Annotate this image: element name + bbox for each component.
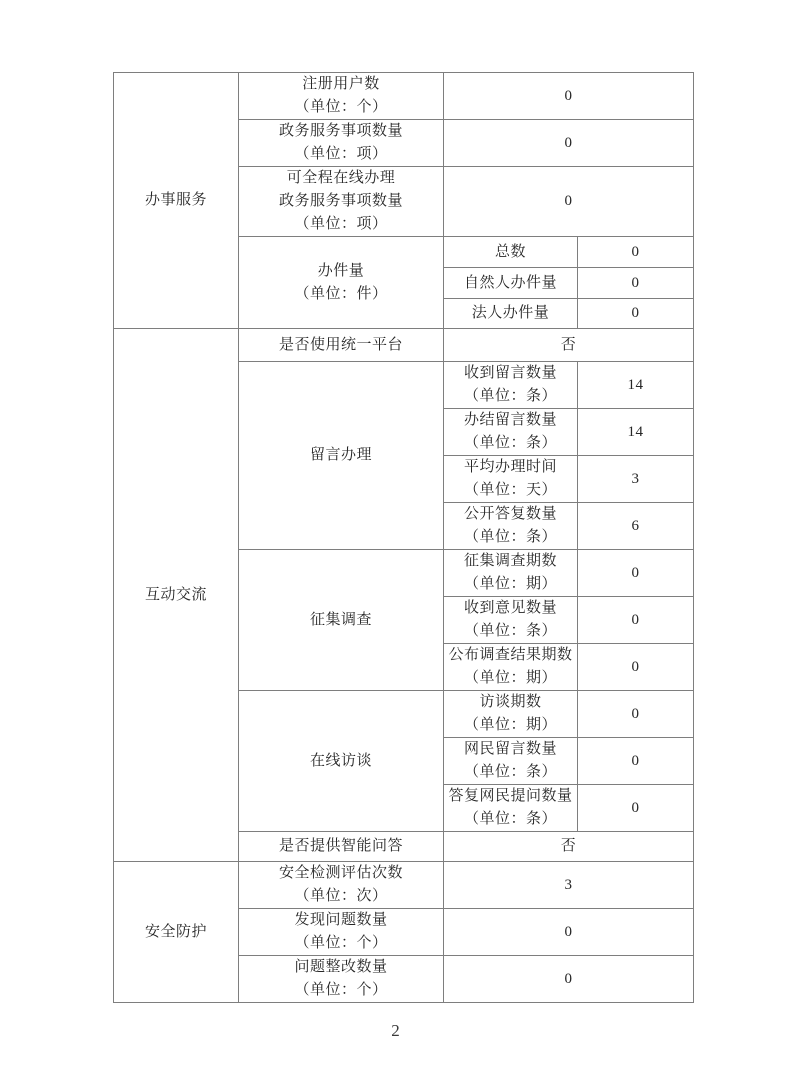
value-cell: 0: [578, 738, 694, 785]
submetric-cell: 公开答复数量 （单位：条）: [444, 503, 578, 550]
metric-unit: （单位：条）: [444, 385, 577, 408]
table-row: 互动交流 是否使用统一平台 否: [114, 329, 694, 362]
metric-cell: 发现问题数量 （单位：个）: [239, 909, 444, 956]
metric-unit: （单位：项）: [239, 213, 443, 236]
value-cell: 否: [444, 832, 694, 862]
value-cell: 6: [578, 503, 694, 550]
value-cell: 14: [578, 362, 694, 409]
group-cell-liuyanbanli: 留言办理: [239, 362, 444, 550]
submetric-cell: 平均办理时间 （单位：天）: [444, 456, 578, 503]
metric-cell: 是否使用统一平台: [239, 329, 444, 362]
value-cell: 14: [578, 409, 694, 456]
value-cell: 0: [444, 956, 694, 1003]
group-label: 在线访谈: [239, 750, 443, 773]
submetric-cell: 网民留言数量 （单位：条）: [444, 738, 578, 785]
metric-label: 网民留言数量: [444, 738, 577, 761]
metric-unit: （单位：个）: [239, 932, 443, 955]
section-label: 安全防护: [114, 921, 238, 944]
metric-label: 发现问题数量: [239, 909, 443, 932]
metric-label: 政务服务事项数量: [239, 190, 443, 213]
metric-label: 政务服务事项数量: [239, 120, 443, 143]
metric-cell: 注册用户数 （单位：个）: [239, 73, 444, 120]
annual-report-table: 办事服务 注册用户数 （单位：个） 0 政务服务事项数量 （单位：项） 0 可全…: [113, 72, 694, 1003]
metric-label: 公开答复数量: [444, 503, 577, 526]
metric-unit: （单位：期）: [444, 573, 577, 596]
metric-label: 公布调查结果期数: [444, 644, 577, 667]
submetric-cell: 征集调查期数 （单位：期）: [444, 550, 578, 597]
metric-unit: （单位：条）: [444, 761, 577, 784]
value-cell: 3: [578, 456, 694, 503]
submetric-cell: 办结留言数量 （单位：条）: [444, 409, 578, 456]
metric-unit: （单位：条）: [444, 620, 577, 643]
metric-cell: 问题整改数量 （单位：个）: [239, 956, 444, 1003]
metric-unit: （单位：天）: [444, 479, 577, 502]
metric-unit: （单位：项）: [239, 143, 443, 166]
submetric-cell: 自然人办件量: [444, 268, 578, 299]
section-cell-hudongjiaoliu: 互动交流: [114, 329, 239, 862]
group-label: 办件量: [239, 260, 443, 283]
value-cell: 0: [578, 691, 694, 738]
metric-cell: 可全程在线办理 政务服务事项数量 （单位：项）: [239, 167, 444, 237]
value-cell: 0: [444, 909, 694, 956]
group-unit: （单位：件）: [239, 283, 443, 306]
value-cell: 否: [444, 329, 694, 362]
metric-unit: （单位：期）: [444, 667, 577, 690]
section-label: 办事服务: [114, 189, 238, 212]
metric-label: 收到意见数量: [444, 597, 577, 620]
metric-unit: （单位：次）: [239, 885, 443, 908]
table-row: 办事服务 注册用户数 （单位：个） 0: [114, 73, 694, 120]
value-cell: 0: [578, 268, 694, 299]
metric-label: 办结留言数量: [444, 409, 577, 432]
metric-label: 访谈期数: [444, 691, 577, 714]
metric-label: 平均办理时间: [444, 456, 577, 479]
metric-label: 答复网民提问数量: [444, 785, 577, 808]
metric-unit: （单位：个）: [239, 96, 443, 119]
submetric-cell: 访谈期数 （单位：期）: [444, 691, 578, 738]
group-cell-zhengjidiaocha: 征集调查: [239, 550, 444, 691]
value-cell: 0: [444, 120, 694, 167]
value-cell: 0: [578, 299, 694, 329]
value-cell: 0: [444, 167, 694, 237]
value-cell: 3: [444, 862, 694, 909]
submetric-cell: 答复网民提问数量 （单位：条）: [444, 785, 578, 832]
value-cell: 0: [578, 785, 694, 832]
metric-cell: 安全检测评估次数 （单位：次）: [239, 862, 444, 909]
group-label: 留言办理: [239, 444, 443, 467]
value-cell: 0: [444, 73, 694, 120]
metric-label: 问题整改数量: [239, 956, 443, 979]
value-cell: 0: [578, 597, 694, 644]
metric-cell: 是否提供智能问答: [239, 832, 444, 862]
submetric-cell: 收到意见数量 （单位：条）: [444, 597, 578, 644]
metric-label: 征集调查期数: [444, 550, 577, 573]
submetric-cell: 收到留言数量 （单位：条）: [444, 362, 578, 409]
metric-label: 注册用户数: [239, 73, 443, 96]
metric-unit: （单位：条）: [444, 808, 577, 831]
value-cell: 0: [578, 550, 694, 597]
submetric-cell: 总数: [444, 237, 578, 268]
table-row: 安全防护 安全检测评估次数 （单位：次） 3: [114, 862, 694, 909]
metric-cell: 政务服务事项数量 （单位：项）: [239, 120, 444, 167]
metric-unit: （单位：期）: [444, 714, 577, 737]
value-cell: 0: [578, 237, 694, 268]
group-cell-banjianliang: 办件量 （单位：件）: [239, 237, 444, 329]
page-number: 2: [0, 1021, 791, 1041]
metric-unit: （单位：个）: [239, 979, 443, 1002]
group-label: 征集调查: [239, 609, 443, 632]
metric-unit: （单位：条）: [444, 526, 577, 549]
metric-label: 可全程在线办理: [239, 167, 443, 190]
submetric-cell: 法人办件量: [444, 299, 578, 329]
metric-unit: （单位：条）: [444, 432, 577, 455]
metric-label: 安全检测评估次数: [239, 862, 443, 885]
metric-label: 收到留言数量: [444, 362, 577, 385]
section-cell-anquanfanghu: 安全防护: [114, 862, 239, 1003]
submetric-cell: 公布调查结果期数 （单位：期）: [444, 644, 578, 691]
section-cell-banshifuwu: 办事服务: [114, 73, 239, 329]
section-label: 互动交流: [114, 584, 238, 607]
group-cell-zaixianfangtan: 在线访谈: [239, 691, 444, 832]
value-cell: 0: [578, 644, 694, 691]
